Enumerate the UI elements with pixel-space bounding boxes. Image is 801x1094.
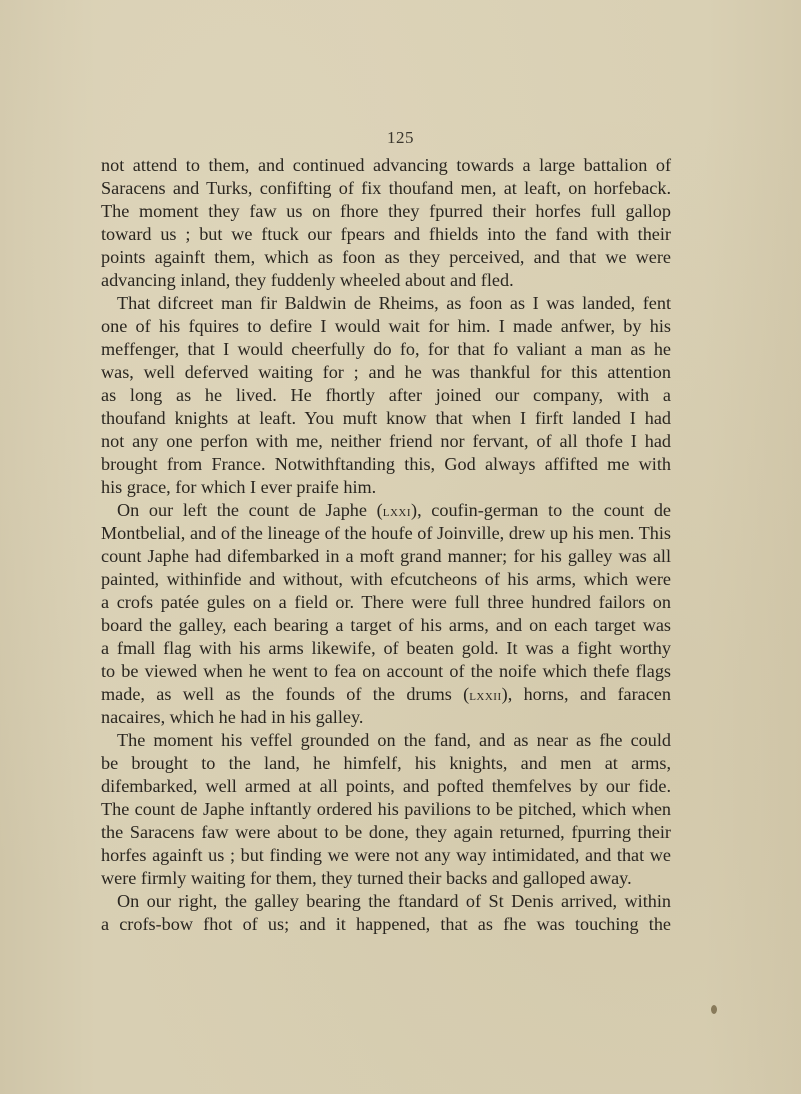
text-line: horfes againft us ; but finding we were … (101, 844, 671, 867)
note-reference: lxxii (469, 688, 501, 704)
text-line: That difcreet man fir Baldwin de Rheims,… (101, 292, 671, 315)
text-line: to be viewed when he went to fea on acco… (101, 660, 671, 683)
text-line: as long as he lived. He fhortly after jo… (101, 384, 671, 407)
paragraph: The moment his veffel grounded on the fa… (101, 729, 671, 890)
text-line: the Saracens faw were about to be done, … (101, 821, 671, 844)
text-line: made, as well as the founds of the drums… (101, 683, 671, 706)
paragraph: On our left the count de Japhe (lxxi), c… (101, 499, 671, 729)
book-page: 125 not attend to them, and continued ad… (0, 0, 801, 1094)
paragraph: On our right, the galley bearing the fta… (101, 890, 671, 936)
text-line: The moment his veffel grounded on the fa… (101, 729, 671, 752)
text-line: On our right, the galley bearing the fta… (101, 890, 671, 913)
text-line: thoufand knights at leaft. You muft know… (101, 407, 671, 430)
text-line: count Japhe had difembarked in a moft gr… (101, 545, 671, 568)
text-line: board the galley, each bearing a target … (101, 614, 671, 637)
note-reference: lxxi (383, 504, 411, 520)
text-line: his grace, for which I ever praife him. (101, 476, 671, 499)
text-line: not any one perfon with me, neither frie… (101, 430, 671, 453)
text-line: meffenger, that I would cheerfully do fo… (101, 338, 671, 361)
text-line: Montbelial, and of the lineage of the ho… (101, 522, 671, 545)
text-line: Saracens and Turks, confifting of fix th… (101, 177, 671, 200)
text-line: a fmall flag with his arms likewife, of … (101, 637, 671, 660)
text-line: not attend to them, and continued advanc… (101, 154, 671, 177)
text-line: were firmly waiting for them, they turne… (101, 867, 671, 890)
text-line: The moment they faw us on fhore they fpu… (101, 200, 671, 223)
paragraph: not attend to them, and continued advanc… (101, 154, 671, 292)
text-line: one of his fquires to defire I would wai… (101, 315, 671, 338)
text-line: The count de Japhe inftantly ordered his… (101, 798, 671, 821)
paper-blemish (711, 1005, 717, 1014)
text-line: toward us ; but we ftuck our fpears and … (101, 223, 671, 246)
text-line: nacaires, which he had in his galley. (101, 706, 671, 729)
text-line: was, well deferved waiting for ; and he … (101, 361, 671, 384)
text-line: On our left the count de Japhe (lxxi), c… (101, 499, 671, 522)
text-line: a crofs-bow fhot of us; and it happened,… (101, 913, 671, 936)
text-line: difembarked, well armed at all points, a… (101, 775, 671, 798)
text-line: painted, withinfide and without, with ef… (101, 568, 671, 591)
text-line: be brought to the land, he himfelf, his … (101, 752, 671, 775)
body-text: not attend to them, and continued advanc… (101, 154, 671, 936)
text-line: brought from France. Notwithftanding thi… (101, 453, 671, 476)
page-number: 125 (0, 128, 801, 148)
text-line: a crofs patée gules on a field or. There… (101, 591, 671, 614)
text-line: points againft them, which as foon as th… (101, 246, 671, 269)
paragraph: That difcreet man fir Baldwin de Rheims,… (101, 292, 671, 499)
text-line: advancing inland, they fuddenly wheeled … (101, 269, 671, 292)
